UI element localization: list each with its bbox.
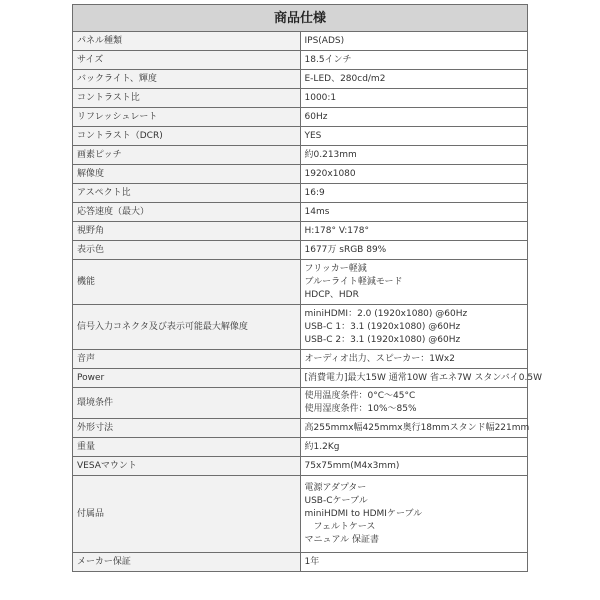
spec-value: 75x75mm(M4x3mm) — [300, 457, 528, 476]
spec-value: 約0.213mm — [300, 146, 528, 165]
spec-value-line: 1920x1080 — [305, 168, 524, 181]
spec-row: サイズ18.5インチ — [73, 51, 528, 70]
spec-label: アスペクト比 — [73, 184, 301, 203]
spec-value-line: 18.5インチ — [305, 54, 524, 67]
spec-label: コントラスト（DCR) — [73, 127, 301, 146]
spec-value-line: 使用温度条件：0°C〜45°C — [305, 390, 524, 403]
spec-value-line: 60Hz — [305, 111, 524, 124]
spec-value-line: 1000:1 — [305, 92, 524, 105]
spec-row: 外形寸法高255mmx幅425mmx奥行18mmスタンド幅221mm — [73, 419, 528, 438]
spec-value-line: USB-Cケーブル — [305, 495, 524, 508]
spec-value: 電源アダプターUSB-CケーブルminiHDMI to HDMIケーブル フェル… — [300, 476, 528, 553]
spec-row: 視野角H:178° V:178° — [73, 222, 528, 241]
spec-label: 応答速度（最大） — [73, 203, 301, 222]
spec-label: 解像度 — [73, 165, 301, 184]
spec-row: コントラスト比1000:1 — [73, 89, 528, 108]
spec-value-line: フェルトケース — [305, 521, 524, 534]
spec-label: メーカー保証 — [73, 553, 301, 572]
spec-value: [消費電力]最大15W 通常10W 省エネ7W スタンバイ0.5W — [300, 369, 528, 388]
spec-value-line: HDCP、HDR — [305, 289, 524, 302]
spec-value-line: ブルーライト軽減モード — [305, 276, 524, 289]
spec-value: 16:9 — [300, 184, 528, 203]
spec-label: コントラスト比 — [73, 89, 301, 108]
spec-value: IPS(ADS) — [300, 32, 528, 51]
spec-label: VESAマウント — [73, 457, 301, 476]
spec-value: 1920x1080 — [300, 165, 528, 184]
spec-label: パネル種類 — [73, 32, 301, 51]
spec-value-line: miniHDMI：2.0 (1920x1080) @60Hz — [305, 308, 524, 321]
spec-table-body: パネル種類IPS(ADS)サイズ18.5インチバックライト、輝度E-LED、28… — [73, 32, 528, 572]
spec-value-line: 16:9 — [305, 187, 524, 200]
spec-row: 環境条件使用温度条件：0°C〜45°C使用湿度条件：10%〜85% — [73, 388, 528, 419]
spec-label: 表示色 — [73, 241, 301, 260]
spec-row: リフレッシュレート60Hz — [73, 108, 528, 127]
spec-label: 音声 — [73, 350, 301, 369]
spec-row: パネル種類IPS(ADS) — [73, 32, 528, 51]
spec-value: miniHDMI：2.0 (1920x1080) @60HzUSB-C 1：3.… — [300, 305, 528, 350]
spec-value-line: E-LED、280cd/m2 — [305, 73, 524, 86]
spec-value-line: オーディオ出力、スピーカー：1Wx2 — [305, 353, 524, 366]
spec-row: コントラスト（DCR)YES — [73, 127, 528, 146]
spec-label: 付属品 — [73, 476, 301, 553]
spec-value-line: miniHDMI to HDMIケーブル — [305, 508, 524, 521]
spec-value-line: 1年 — [305, 556, 524, 569]
spec-value-line: マニュアル 保証書 — [305, 534, 524, 547]
spec-value-line: 約1.2Kg — [305, 441, 524, 454]
spec-value: E-LED、280cd/m2 — [300, 70, 528, 89]
spec-value: 1677万 sRGB 89% — [300, 241, 528, 260]
spec-value-line: 使用湿度条件：10%〜85% — [305, 403, 524, 416]
spec-value-line: USB-C 2：3.1 (1920x1080) @60Hz — [305, 334, 524, 347]
spec-row: 重量約1.2Kg — [73, 438, 528, 457]
spec-value-line: IPS(ADS) — [305, 35, 524, 48]
spec-label: Power — [73, 369, 301, 388]
spec-value: フリッカー軽減ブルーライト軽減モードHDCP、HDR — [300, 260, 528, 305]
spec-value-line: [消費電力]最大15W 通常10W 省エネ7W スタンバイ0.5W — [305, 372, 524, 385]
spec-label: 重量 — [73, 438, 301, 457]
spec-value: 1000:1 — [300, 89, 528, 108]
spec-value-line: 1677万 sRGB 89% — [305, 244, 524, 257]
spec-value-line: フリッカー軽減 — [305, 263, 524, 276]
spec-label: バックライト、輝度 — [73, 70, 301, 89]
spec-value-line: 75x75mm(M4x3mm) — [305, 460, 524, 473]
spec-value-line: H:178° V:178° — [305, 225, 524, 238]
spec-value: 約1.2Kg — [300, 438, 528, 457]
spec-value-line: 14ms — [305, 206, 524, 219]
spec-value: オーディオ出力、スピーカー：1Wx2 — [300, 350, 528, 369]
spec-value: 60Hz — [300, 108, 528, 127]
spec-row: 表示色1677万 sRGB 89% — [73, 241, 528, 260]
spec-table-header-row: 商品仕様 — [73, 5, 528, 32]
spec-row: 応答速度（最大）14ms — [73, 203, 528, 222]
spec-value-line: 電源アダプター — [305, 482, 524, 495]
spec-row: VESAマウント75x75mm(M4x3mm) — [73, 457, 528, 476]
spec-row: 音声オーディオ出力、スピーカー：1Wx2 — [73, 350, 528, 369]
spec-value: YES — [300, 127, 528, 146]
spec-label: 画素ピッチ — [73, 146, 301, 165]
spec-row: メーカー保証1年 — [73, 553, 528, 572]
spec-table-title: 商品仕様 — [73, 5, 528, 32]
spec-label: リフレッシュレート — [73, 108, 301, 127]
spec-value-line: USB-C 1：3.1 (1920x1080) @60Hz — [305, 321, 524, 334]
spec-label: 信号入力コネクタ及び表示可能最大解像度 — [73, 305, 301, 350]
spec-value: 使用温度条件：0°C〜45°C使用湿度条件：10%〜85% — [300, 388, 528, 419]
spec-value-line: 高255mmx幅425mmx奥行18mmスタンド幅221mm — [305, 422, 524, 435]
spec-label: 視野角 — [73, 222, 301, 241]
spec-row: 付属品電源アダプターUSB-CケーブルminiHDMI to HDMIケーブル … — [73, 476, 528, 553]
spec-row: 画素ピッチ約0.213mm — [73, 146, 528, 165]
spec-value-line: 約0.213mm — [305, 149, 524, 162]
spec-value: H:178° V:178° — [300, 222, 528, 241]
spec-row: アスペクト比16:9 — [73, 184, 528, 203]
spec-value: 14ms — [300, 203, 528, 222]
spec-row: 信号入力コネクタ及び表示可能最大解像度miniHDMI：2.0 (1920x10… — [73, 305, 528, 350]
spec-table: 商品仕様 パネル種類IPS(ADS)サイズ18.5インチバックライト、輝度E-L… — [72, 4, 528, 572]
spec-row: バックライト、輝度E-LED、280cd/m2 — [73, 70, 528, 89]
spec-label: 外形寸法 — [73, 419, 301, 438]
spec-label: サイズ — [73, 51, 301, 70]
spec-value: 1年 — [300, 553, 528, 572]
spec-label: 環境条件 — [73, 388, 301, 419]
spec-row: Power[消費電力]最大15W 通常10W 省エネ7W スタンバイ0.5W — [73, 369, 528, 388]
spec-value: 高255mmx幅425mmx奥行18mmスタンド幅221mm — [300, 419, 528, 438]
spec-row: 解像度1920x1080 — [73, 165, 528, 184]
spec-label: 機能 — [73, 260, 301, 305]
spec-value: 18.5インチ — [300, 51, 528, 70]
spec-row: 機能フリッカー軽減ブルーライト軽減モードHDCP、HDR — [73, 260, 528, 305]
spec-value-line: YES — [305, 130, 524, 143]
